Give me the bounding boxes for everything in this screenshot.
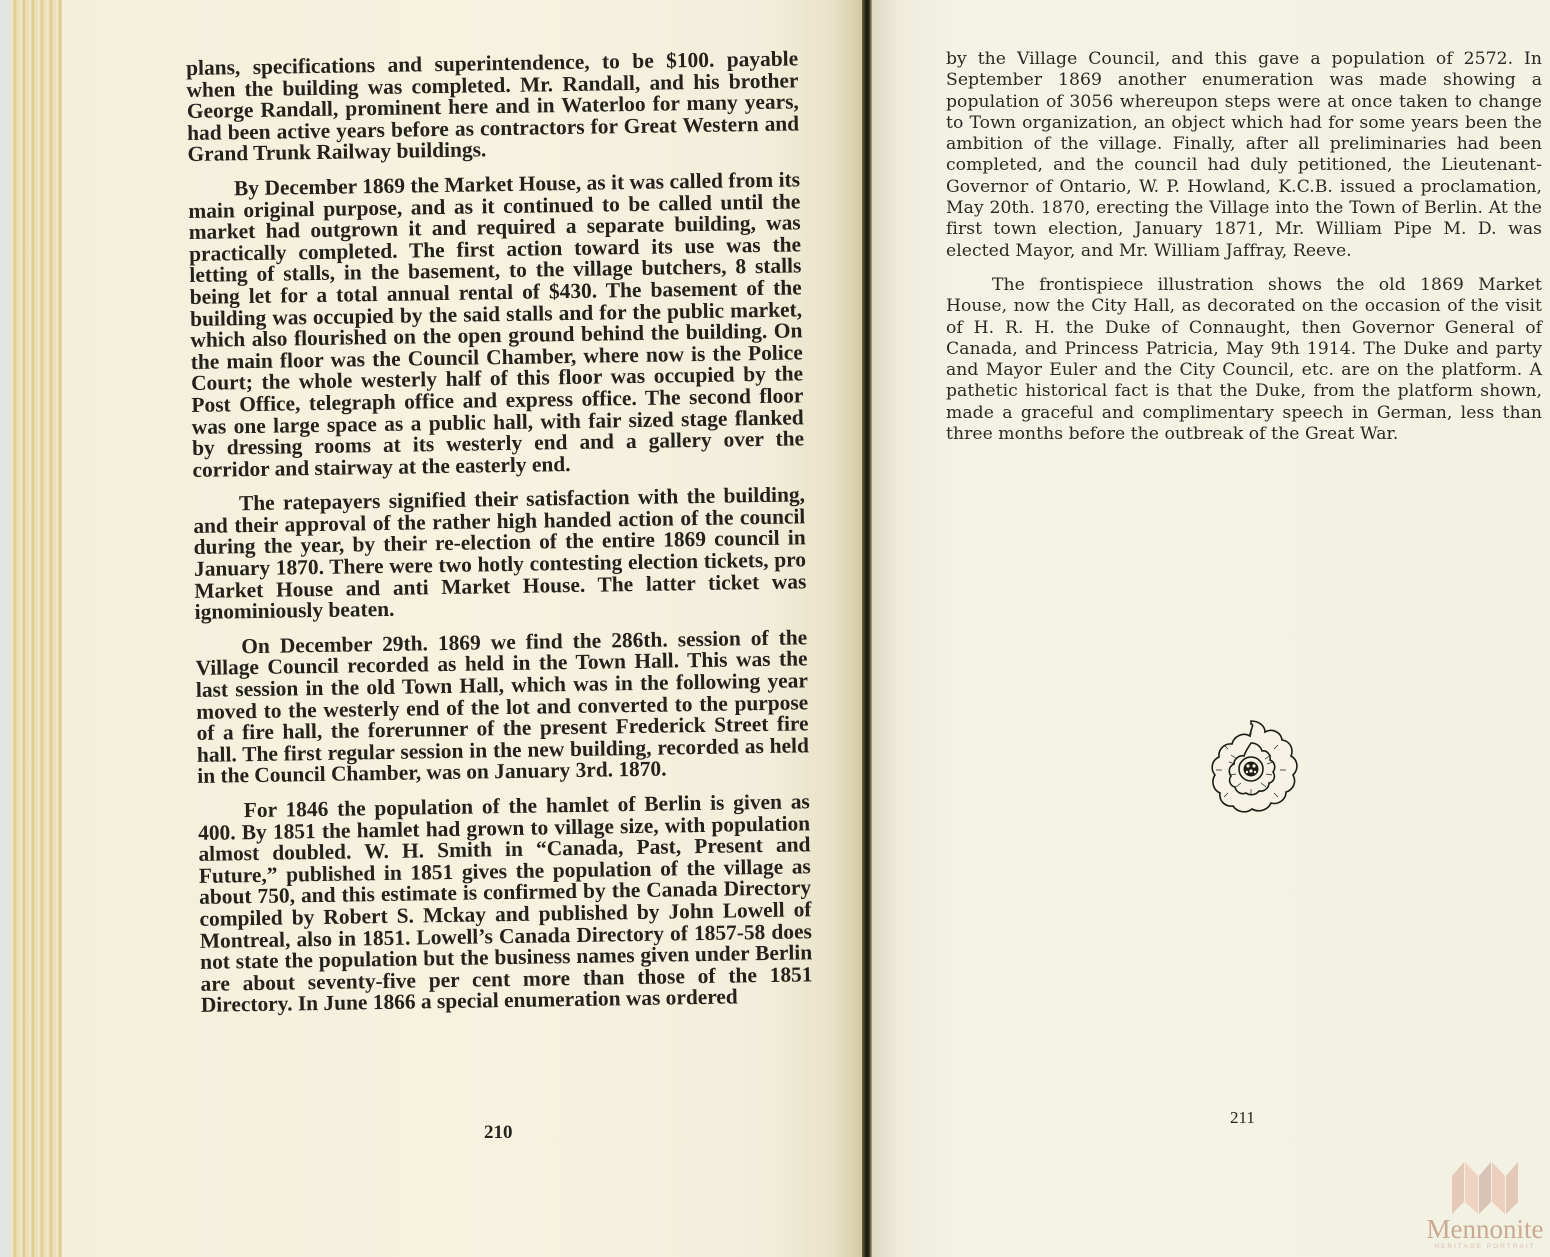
paragraph: The ratepayers signified their satisfact… (193, 485, 807, 624)
page-edges (0, 0, 62, 1257)
mennonite-logo-icon (1448, 1158, 1522, 1214)
paragraph: By December 1869 the Market House, as it… (188, 169, 805, 481)
paragraph: For 1846 the population of the hamlet of… (198, 791, 813, 1017)
paragraph: On December 29th. 1869 we find the 286th… (195, 627, 809, 788)
book-gutter (862, 0, 872, 1257)
left-page-text: plans, specifications and superintendenc… (186, 48, 813, 1016)
paragraph: The frontispiece illustration shows the … (946, 275, 1542, 445)
page-number-left: 210 (484, 1122, 513, 1144)
paragraph: by the Village Council, and this gave a … (946, 49, 1542, 262)
book-spread: plans, specifications and superintendenc… (0, 0, 1550, 1257)
watermark: Mennonite HERITAGE PORTRAIT (1420, 1158, 1550, 1257)
right-page-text: by the Village Council, and this gave a … (946, 49, 1542, 445)
watermark-title: Mennonite (1420, 1216, 1550, 1242)
watermark-subtitle: HERITAGE PORTRAIT (1420, 1243, 1550, 1250)
page-number-right: 211 (1230, 1108, 1255, 1128)
paragraph: plans, specifications and superintendenc… (186, 48, 800, 166)
flower-ornament-icon (1196, 715, 1306, 825)
